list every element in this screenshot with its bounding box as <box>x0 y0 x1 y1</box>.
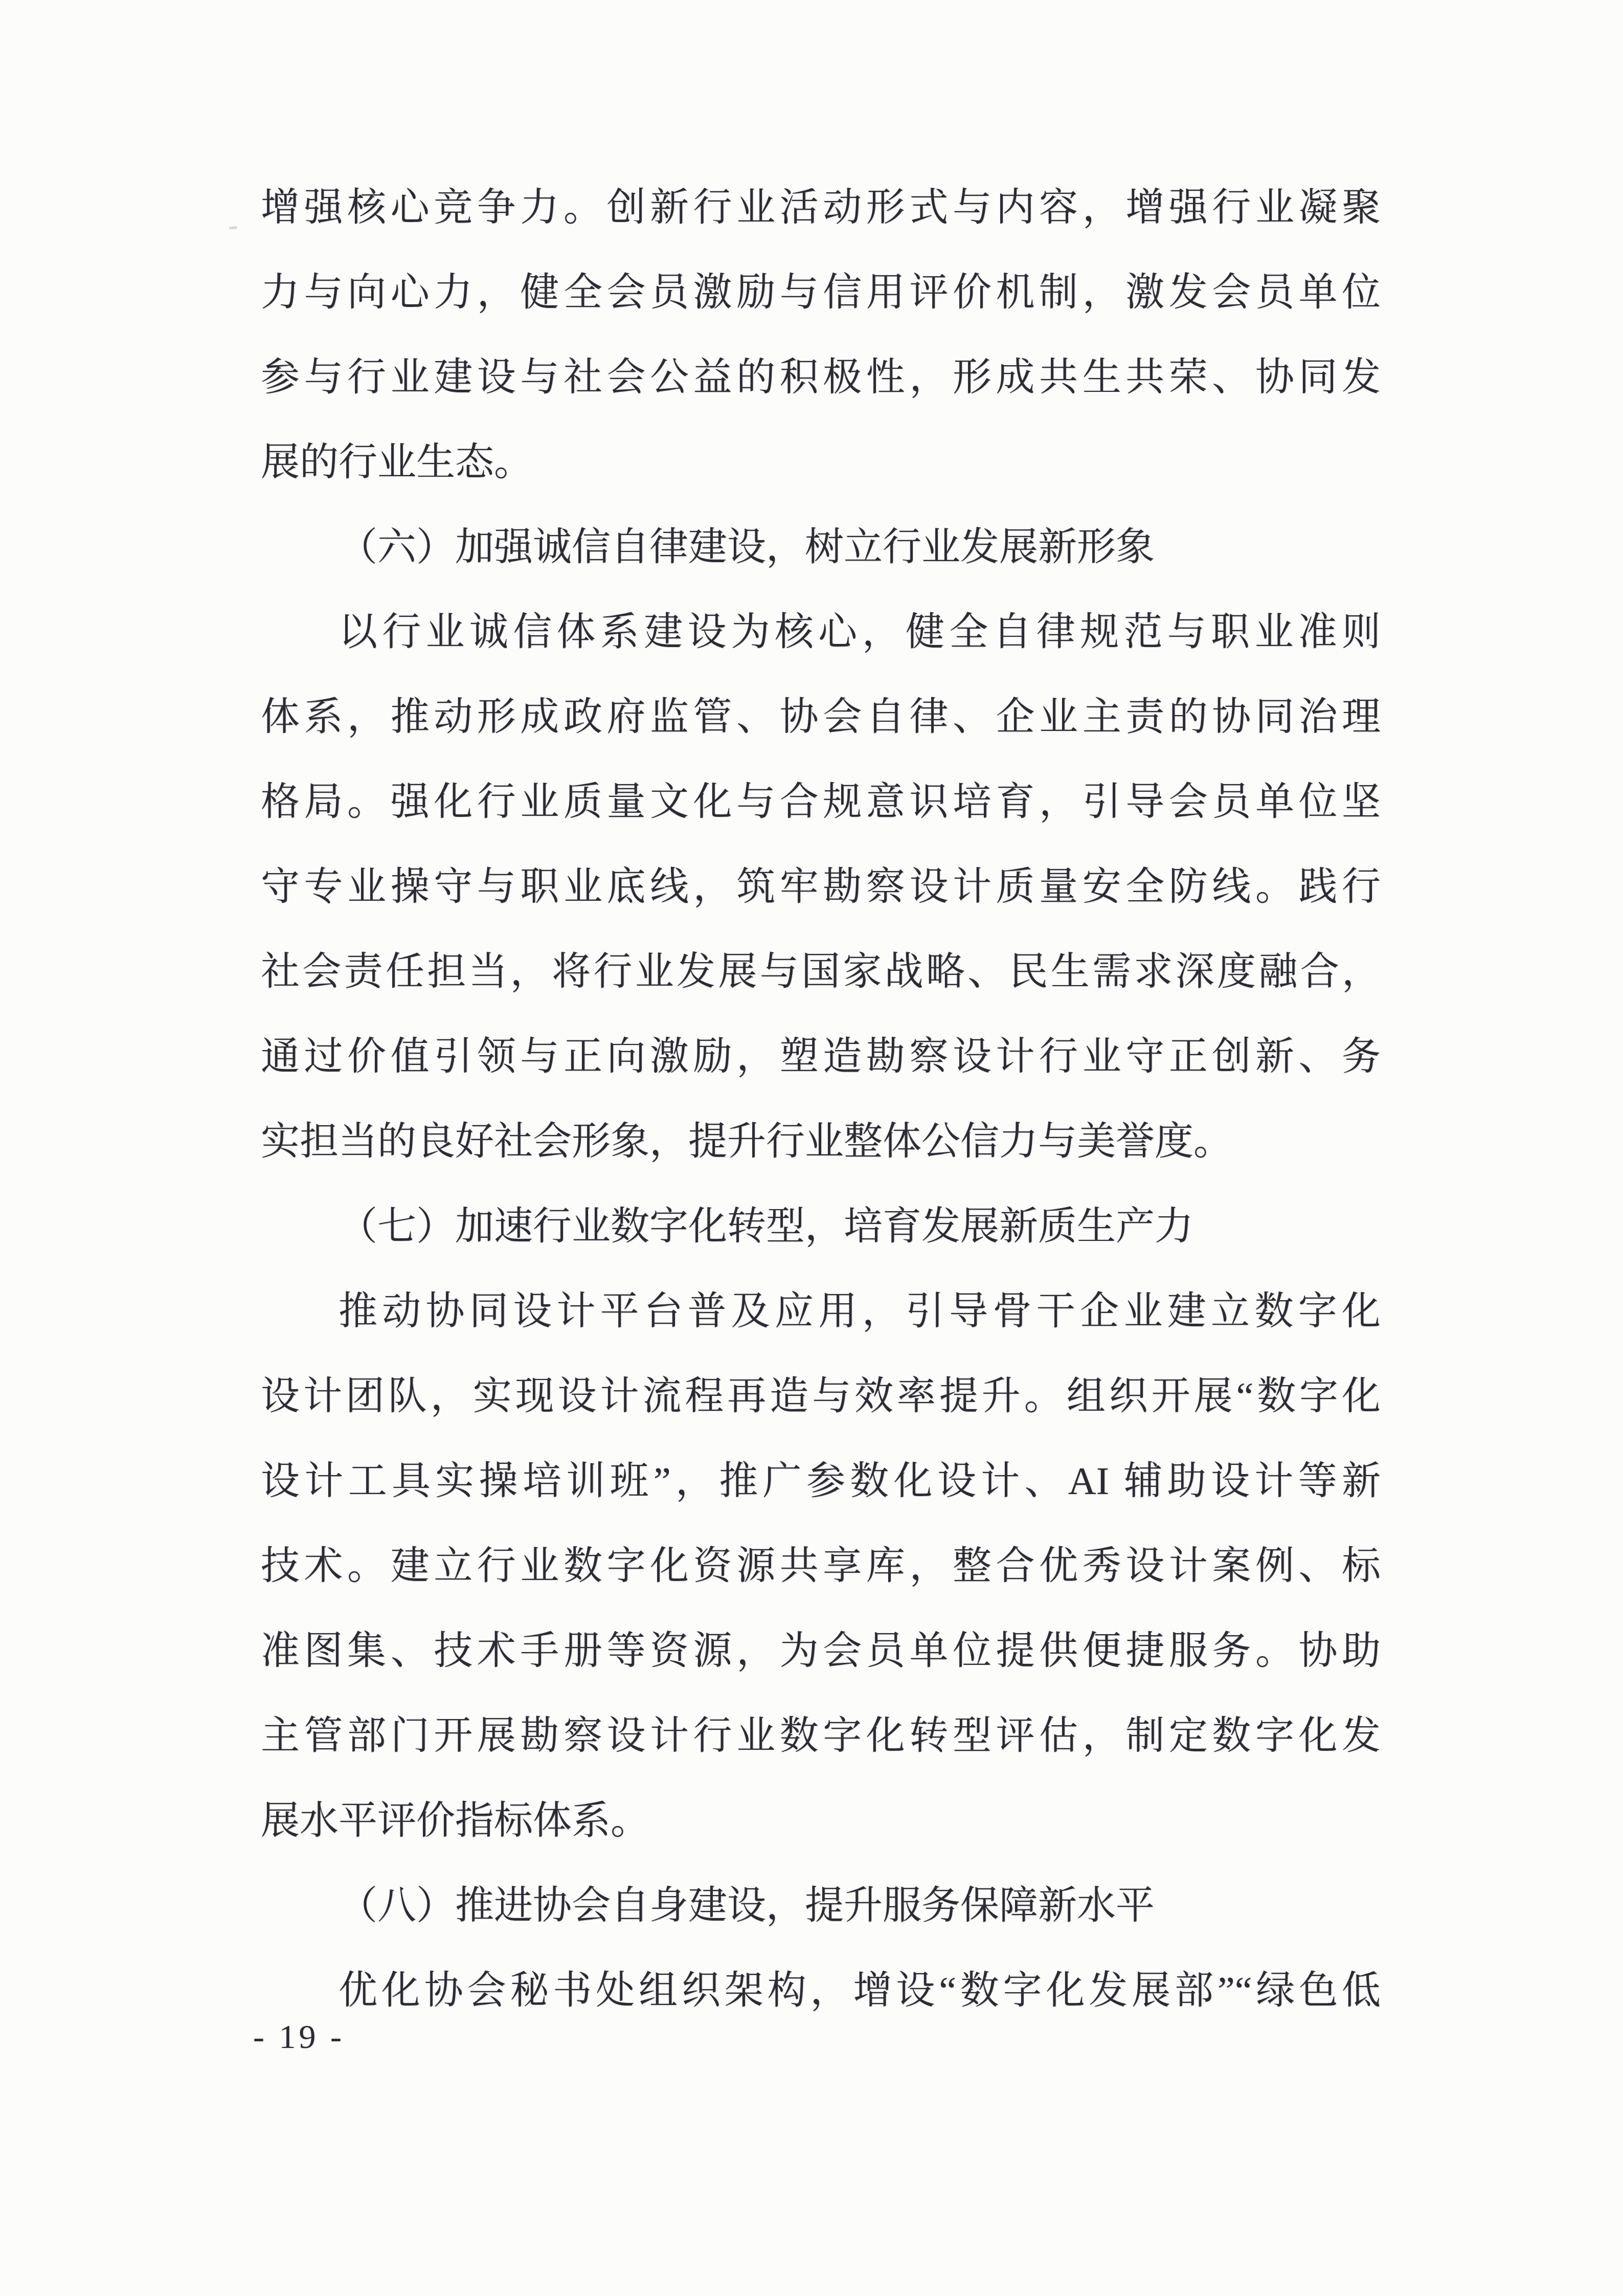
text-line: 准图集、技术手册等资源，为会员单位提供便捷服务。协助 <box>261 1609 1381 1693</box>
text-line: 格局。强化行业质量文化与合规意识培育，引导会员单位坚 <box>261 760 1381 844</box>
text-line: 设计团队，实现设计流程再造与效率提升。组织开展“数字化 <box>261 1354 1381 1439</box>
text-line: （六）加强诚信自律建设，树立行业发展新形象 <box>261 505 1381 590</box>
text-line: 主管部门开展勘察设计行业数字化转型评估，制定数字化发 <box>261 1693 1381 1778</box>
text-line: 推动协同设计平台普及应用，引导骨干企业建立数字化 <box>261 1269 1381 1354</box>
text-line: 实担当的良好社会形象，提升行业整体公信力与美誉度。 <box>261 1099 1381 1184</box>
text-line: 展的行业生态。 <box>261 420 1381 505</box>
document-body: 增强核心竞争力。创新行业活动形式与内容，增强行业凝聚力与向心力，健全会员激励与信… <box>261 165 1381 2033</box>
text-line: （七）加速行业数字化转型，培育发展新质生产力 <box>261 1184 1381 1269</box>
text-line: 优化协会秘书处组织架构，增设“数字化发展部”“绿色低 <box>261 1948 1381 2033</box>
text-line: 设计工具实操培训班”，推广参数化设计、AI 辅助设计等新 <box>261 1439 1381 1524</box>
text-line: 展水平评价指标体系。 <box>261 1778 1381 1863</box>
text-line: 以行业诚信体系建设为核心，健全自律规范与职业准则 <box>261 590 1381 675</box>
text-line: 参与行业建设与社会公益的积极性，形成共生共荣、协同发 <box>261 335 1381 420</box>
text-line: 通过价值引领与正向激励，塑造勘察设计行业守正创新、务 <box>261 1014 1381 1099</box>
page-number: - 19 - <box>253 2014 345 2060</box>
text-line: 体系，推动形成政府监管、协会自律、企业主责的协同治理 <box>261 675 1381 760</box>
document-page: 增强核心竞争力。创新行业活动形式与内容，增强行业凝聚力与向心力，健全会员激励与信… <box>0 0 1623 2296</box>
text-line: 守专业操守与职业底线，筑牢勘察设计质量安全防线。践行 <box>261 844 1381 929</box>
scan-artifact <box>229 226 237 229</box>
text-line: 社会责任担当，将行业发展与国家战略、民生需求深度融合， <box>261 929 1381 1014</box>
text-line: 技术。建立行业数字化资源共享库，整合优秀设计案例、标 <box>261 1524 1381 1609</box>
text-line: 增强核心竞争力。创新行业活动形式与内容，增强行业凝聚 <box>261 165 1381 250</box>
text-line: 力与向心力，健全会员激励与信用评价机制，激发会员单位 <box>261 250 1381 335</box>
text-line: （八）推进协会自身建设，提升服务保障新水平 <box>261 1863 1381 1948</box>
